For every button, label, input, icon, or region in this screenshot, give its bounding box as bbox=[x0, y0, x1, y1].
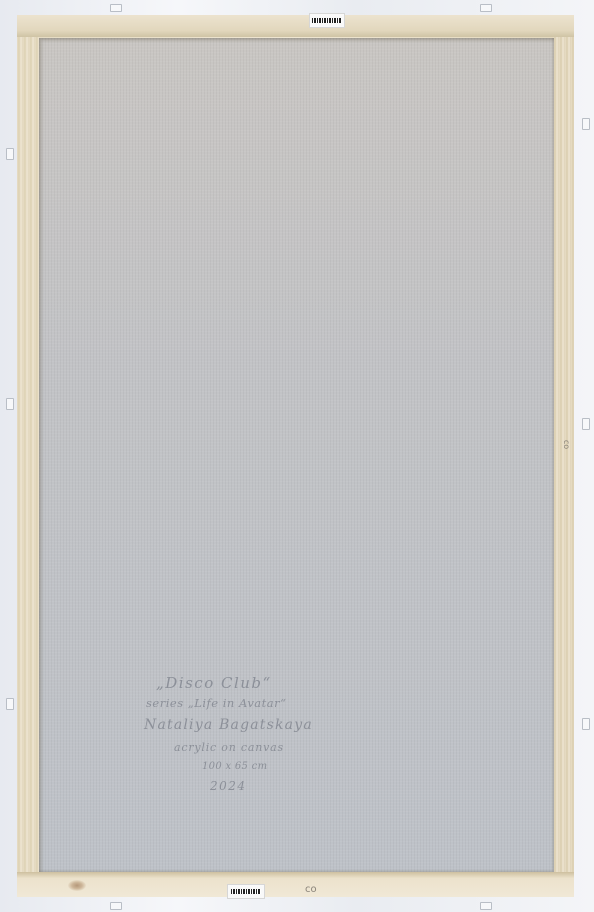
staple-icon bbox=[110, 4, 122, 12]
staple-icon bbox=[6, 148, 14, 160]
staple-icon bbox=[6, 698, 14, 710]
pencil-mark-bottom: co bbox=[305, 884, 317, 895]
artist-signature: Nataliya Bagatskaya bbox=[144, 718, 313, 732]
year: 2024 bbox=[210, 780, 247, 792]
barcode-icon bbox=[231, 889, 261, 894]
staple-icon bbox=[480, 4, 492, 12]
barcode-label-top bbox=[309, 13, 345, 28]
canvas-back bbox=[39, 38, 554, 872]
stretcher-bar-bottom bbox=[17, 872, 574, 897]
dimensions: 100 x 65 cm bbox=[202, 762, 267, 772]
medium: acrylic on canvas bbox=[174, 742, 284, 753]
painting-title: „Disco Club“ bbox=[156, 676, 272, 691]
staple-icon bbox=[110, 902, 122, 910]
series-name: series „Life in Avatar“ bbox=[146, 698, 287, 710]
staple-icon bbox=[582, 718, 590, 730]
staple-icon bbox=[582, 118, 590, 130]
staple-icon bbox=[480, 902, 492, 910]
stretcher-bar-left bbox=[17, 15, 39, 897]
barcode-label-bottom bbox=[227, 884, 265, 899]
stretcher-bar-right bbox=[553, 15, 574, 897]
barcode-icon bbox=[312, 18, 342, 23]
pencil-mark-right: co bbox=[562, 440, 571, 449]
stretcher-bar-top bbox=[17, 15, 574, 37]
staple-icon bbox=[582, 418, 590, 430]
wood-knot bbox=[68, 880, 86, 891]
staple-icon bbox=[6, 398, 14, 410]
